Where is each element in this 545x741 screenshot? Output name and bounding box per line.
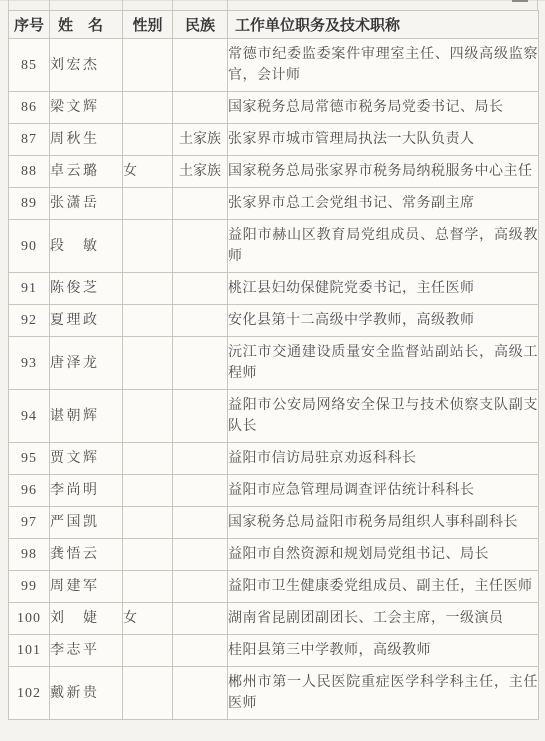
cell-position: 益阳市公安局网络安全保卫与技术侦察支队副支队长 (228, 390, 539, 443)
cell-name: 段 敏 (50, 220, 123, 273)
table-row: 88卓云璐女土家族国家税务总局张家界市税务局纳税服务中心主任 (9, 156, 539, 188)
cell-position: 桂阳县第三中学教师，高级教师 (228, 635, 539, 667)
cell-position: 郴州市第一人民医院重症医学科学科主任，主任医师 (228, 667, 539, 720)
cell-name: 贾文辉 (50, 443, 123, 475)
cell-gender (123, 337, 173, 390)
cell-ethnicity (173, 337, 228, 390)
cell-position: 张家界市总工会党组书记、常务副主席 (228, 188, 539, 220)
cell-name: 唐泽龙 (50, 337, 123, 390)
cell-gender (123, 475, 173, 507)
cell-no: 90 (9, 220, 50, 273)
cell-position: 张家界市城市管理局执法一大队负责人 (228, 124, 539, 156)
cell-position: 桃江县妇幼保健院党委书记，主任医师 (228, 273, 539, 305)
cell-position: 国家税务总局益阳市税务局组织人事科副科长 (228, 507, 539, 539)
cell-ethnicity (173, 220, 228, 273)
cell-no: 101 (9, 635, 50, 667)
table-row: 85刘宏杰常德市纪委监委案件审理室主任、四级高级监察官，会计师 (9, 39, 539, 92)
header-no: 序号 (9, 11, 50, 39)
personnel-table: 序号 姓 名 性别 民族 工作单位职务及技术职称 85刘宏杰常德市纪委监委案件审… (8, 10, 539, 720)
cell-no: 86 (9, 92, 50, 124)
cell-name: 夏理政 (50, 305, 123, 337)
cell-gender (123, 124, 173, 156)
cell-name: 戴新贵 (50, 667, 123, 720)
stub-border (537, 0, 538, 10)
cell-ethnicity (173, 188, 228, 220)
cell-name: 李志平 (50, 635, 123, 667)
cell-position: 安化县第十二高级中学教师，高级教师 (228, 305, 539, 337)
table-row: 92夏理政安化县第十二高级中学教师，高级教师 (9, 305, 539, 337)
cell-position: 益阳市赫山区教育局党组成员、总督学，高级教师 (228, 220, 539, 273)
cell-gender: 女 (123, 603, 173, 635)
cell-ethnicity (173, 443, 228, 475)
cell-no: 88 (9, 156, 50, 188)
table-row: 94谌朝辉益阳市公安局网络安全保卫与技术侦察支队副支队长 (9, 390, 539, 443)
table-row: 96李尚明益阳市应急管理局调查评估统计科科长 (9, 475, 539, 507)
cell-no: 92 (9, 305, 50, 337)
stub-border (227, 0, 228, 10)
cell-name: 张潇岳 (50, 188, 123, 220)
cell-name: 严国凯 (50, 507, 123, 539)
cell-no: 102 (9, 667, 50, 720)
stub-border (172, 0, 173, 10)
cell-ethnicity (173, 475, 228, 507)
cell-ethnicity (173, 390, 228, 443)
cell-no: 95 (9, 443, 50, 475)
table-row: 90段 敏益阳市赫山区教育局党组成员、总督学，高级教师 (9, 220, 539, 273)
header-gender: 性别 (123, 11, 173, 39)
cell-position: 益阳市自然资源和规划局党组书记、局长 (228, 539, 539, 571)
cell-no: 85 (9, 39, 50, 92)
cell-gender (123, 305, 173, 337)
cell-gender (123, 92, 173, 124)
cell-position: 国家税务总局张家界市税务局纳税服务中心主任 (228, 156, 539, 188)
stub-border (49, 0, 50, 10)
table-row: 87周秋生土家族张家界市城市管理局执法一大队负责人 (9, 124, 539, 156)
cell-ethnicity (173, 92, 228, 124)
cell-gender (123, 539, 173, 571)
cell-gender (123, 507, 173, 539)
cell-no: 91 (9, 273, 50, 305)
cell-position: 常德市纪委监委案件审理室主任、四级高级监察官，会计师 (228, 39, 539, 92)
cell-ethnicity (173, 667, 228, 720)
table-row: 98龚悟云益阳市自然资源和规划局党组书记、局长 (9, 539, 539, 571)
cell-no: 100 (9, 603, 50, 635)
cell-position: 湖南省昆剧团副团长、工会主席，一级演员 (228, 603, 539, 635)
cell-position: 沅江市交通建设质量安全监督站副站长，高级工程师 (228, 337, 539, 390)
cell-gender (123, 667, 173, 720)
cell-ethnicity: 土家族 (173, 124, 228, 156)
cell-ethnicity (173, 539, 228, 571)
cell-no: 94 (9, 390, 50, 443)
header-ethnicity: 民族 (173, 11, 228, 39)
document-page: 序号 姓 名 性别 民族 工作单位职务及技术职称 85刘宏杰常德市纪委监委案件审… (0, 0, 545, 741)
cell-no: 96 (9, 475, 50, 507)
header-row: 序号 姓 名 性别 民族 工作单位职务及技术职称 (9, 11, 539, 39)
cell-gender (123, 220, 173, 273)
cell-gender (123, 39, 173, 92)
table-row: 100刘 婕女湖南省昆剧团副团长、工会主席，一级演员 (9, 603, 539, 635)
table-row: 99周建军益阳市卫生健康委党组成员、副主任，主任医师 (9, 571, 539, 603)
cell-no: 89 (9, 188, 50, 220)
top-edge-line (0, 0, 545, 1)
header-name: 姓 名 (50, 11, 123, 39)
cell-no: 98 (9, 539, 50, 571)
cell-name: 谌朝辉 (50, 390, 123, 443)
cell-ethnicity (173, 305, 228, 337)
cell-name: 刘宏杰 (50, 39, 123, 92)
cell-gender (123, 443, 173, 475)
cell-name: 刘 婕 (50, 603, 123, 635)
cell-name: 龚悟云 (50, 539, 123, 571)
cell-gender (123, 635, 173, 667)
table-row: 86梁文辉国家税务总局常德市税务局党委书记、局长 (9, 92, 539, 124)
cell-no: 97 (9, 507, 50, 539)
stub-border (122, 0, 123, 10)
cell-name: 周秋生 (50, 124, 123, 156)
cell-ethnicity (173, 571, 228, 603)
cell-position: 益阳市信访局驻京劝返科科长 (228, 443, 539, 475)
cell-position: 益阳市应急管理局调查评估统计科科长 (228, 475, 539, 507)
header-position: 工作单位职务及技术职称 (228, 11, 539, 39)
stub-border (8, 0, 9, 10)
cell-gender (123, 273, 173, 305)
cell-ethnicity (173, 507, 228, 539)
cell-no: 87 (9, 124, 50, 156)
cell-gender: 女 (123, 156, 173, 188)
cell-position: 益阳市卫生健康委党组成员、副主任，主任医师 (228, 571, 539, 603)
table-row: 95贾文辉益阳市信访局驻京劝返科科长 (9, 443, 539, 475)
table-row: 97严国凯国家税务总局益阳市税务局组织人事科副科长 (9, 507, 539, 539)
table-row: 91陈俊芝桃江县妇幼保健院党委书记，主任医师 (9, 273, 539, 305)
cell-ethnicity (173, 635, 228, 667)
previous-row-fragment (0, 0, 545, 10)
table-body: 85刘宏杰常德市纪委监委案件审理室主任、四级高级监察官，会计师86梁文辉国家税务… (9, 39, 539, 720)
table-row: 89张潇岳张家界市总工会党组书记、常务副主席 (9, 188, 539, 220)
cell-no: 93 (9, 337, 50, 390)
cell-name: 卓云璐 (50, 156, 123, 188)
scan-artifact (512, 0, 528, 2)
table-header: 序号 姓 名 性别 民族 工作单位职务及技术职称 (9, 11, 539, 39)
table-row: 93唐泽龙沅江市交通建设质量安全监督站副站长，高级工程师 (9, 337, 539, 390)
cell-name: 李尚明 (50, 475, 123, 507)
cell-name: 周建军 (50, 571, 123, 603)
table-row: 101李志平桂阳县第三中学教师，高级教师 (9, 635, 539, 667)
cell-ethnicity (173, 273, 228, 305)
cell-name: 陈俊芝 (50, 273, 123, 305)
cell-gender (123, 571, 173, 603)
cell-ethnicity (173, 603, 228, 635)
cell-position: 国家税务总局常德市税务局党委书记、局长 (228, 92, 539, 124)
table-row: 102戴新贵郴州市第一人民医院重症医学科学科主任，主任医师 (9, 667, 539, 720)
cell-ethnicity: 土家族 (173, 156, 228, 188)
cell-gender (123, 390, 173, 443)
cell-gender (123, 188, 173, 220)
cell-name: 梁文辉 (50, 92, 123, 124)
cell-no: 99 (9, 571, 50, 603)
cell-ethnicity (173, 39, 228, 92)
